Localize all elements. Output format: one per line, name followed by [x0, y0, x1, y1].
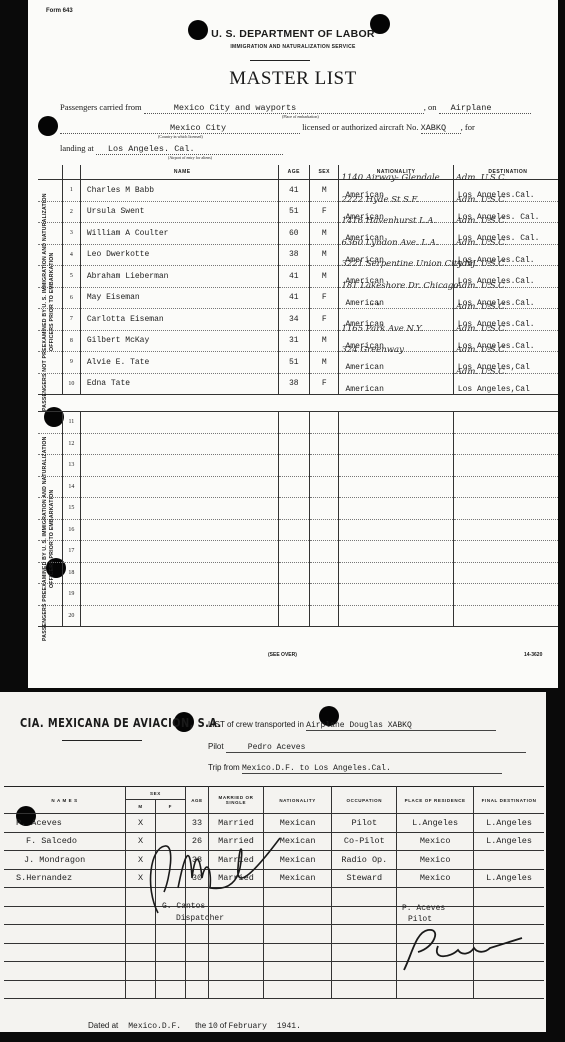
admission-note: Adm. U.S.C.: [456, 173, 507, 183]
col-name: NAME: [80, 165, 278, 180]
col-occupation: OCCUPATION: [332, 787, 397, 814]
dated-year: 1941.: [277, 1022, 301, 1031]
list-line: LIST of crew transported in Airplane Dou…: [208, 720, 496, 731]
admission-note: Adm. U.S.C.: [456, 367, 507, 377]
passenger-table: NAME AGE SEX NATIONALITY DESTINATION 1Ch…: [38, 165, 558, 627]
passenger-name: Ursula Swent: [80, 201, 278, 223]
table-row: [4, 980, 544, 999]
table-row: 15: [38, 498, 558, 520]
table-row: 16: [38, 519, 558, 541]
admission-note: Adm. U.S.C.: [456, 238, 507, 248]
col-age: AGE: [185, 787, 209, 814]
pilot-line: Pilot Pedro Aceves: [208, 742, 526, 753]
see-over-note: (SEE OVER): [268, 652, 297, 658]
pilot-field: Pedro Aceves: [226, 743, 526, 753]
section-label-not-preexamined: PASSENGERS NOT PREEXAMINED BY U. S. IMMI…: [42, 182, 62, 422]
dated-day: 10: [208, 1022, 218, 1031]
table-row: 12: [38, 433, 558, 455]
table-row: 13: [38, 455, 558, 477]
pilot-sign-name: P. Aceves: [402, 904, 445, 913]
crew-list-form: CIA. MEXICANA DE AVIACION, S.A. LIST of …: [0, 692, 546, 1032]
trip-label: Trip from: [208, 763, 240, 772]
dated-line: Dated at Mexico.D.F. the 10 of February …: [88, 1021, 301, 1031]
address-note: 6360 Lyndon Ave. L.A.: [341, 238, 438, 248]
passenger-name: Charles M Babb: [80, 180, 278, 202]
department-heading: U. S. DEPARTMENT OF LABOR: [28, 28, 558, 40]
col-names: N A M E S: [4, 787, 126, 814]
admission-note: Adm. U.S.C.: [456, 195, 507, 205]
company-name: CIA. MEXICANA DE AVIACION, S.A.: [20, 716, 222, 730]
passenger-name: Gilbert McKay: [80, 330, 278, 352]
for-label: , for: [461, 122, 475, 132]
country-line: Mexico City licensed or authorized aircr…: [60, 122, 475, 134]
address-note: 1416 Havenhurst L.A.: [341, 216, 436, 226]
aircraft-field: Airplane Douglas XABKQ: [306, 721, 496, 731]
table-row: 20: [38, 605, 558, 627]
passenger-name: William A Coulter: [80, 223, 278, 245]
pilot-sign-title: Pilot: [408, 915, 432, 924]
table-row: 17: [38, 541, 558, 563]
dispatcher-title: Dispatcher: [176, 914, 224, 923]
conveyance-field: Airplane: [439, 103, 531, 114]
landing-label: landing at: [60, 143, 94, 153]
pilot-signature: [398, 924, 528, 974]
table-row: 14: [38, 476, 558, 498]
col-age: AGE: [278, 165, 309, 180]
section-label-preexamined: PASSENGERS PREEXAMINED BY U. S. IMMIGRAT…: [42, 430, 62, 648]
passenger-name: Edna Tate: [80, 373, 278, 395]
carried-from-line: Passengers carried from Mexico City and …: [60, 102, 531, 114]
col-sex: SEX: [310, 165, 339, 180]
pilot-label: Pilot: [208, 742, 224, 751]
print-code: 14-3620: [524, 652, 542, 658]
master-list-form: Form 643 U. S. DEPARTMENT OF LABOR IMMIG…: [28, 0, 558, 688]
table-row: 18: [38, 562, 558, 584]
crew-name: S.Hernandez: [4, 869, 126, 888]
col-married: MARRIED OR SINGLE: [209, 787, 263, 814]
service-subheading: IMMIGRATION AND NATURALIZATION SERVICE: [28, 44, 558, 50]
crew-name: J. Mondragon: [4, 851, 126, 870]
trip-line: Trip from Mexico.D.F. to Los Angeles.Cal…: [208, 763, 502, 774]
passenger-name: Leo Dwerkotte: [80, 244, 278, 266]
passenger-name: Carlotta Eiseman: [80, 309, 278, 331]
carried-from-field: Mexico City and wayports: [144, 103, 424, 114]
form-number: Form 643: [46, 8, 73, 14]
admission-note: Adm. U.S.C.: [456, 302, 507, 312]
on-label: , on: [424, 102, 437, 112]
address-note: 1165 Park Ave N.Y.: [341, 324, 423, 334]
country-sublabel: (Country in which licensed): [158, 134, 203, 139]
trip-field: Mexico.D.F. to Los Angeles.Cal.: [242, 764, 502, 774]
divider: [62, 740, 142, 741]
passenger-name: May Eiseman: [80, 287, 278, 309]
passenger-name: Abraham Lieberman: [80, 266, 278, 288]
col-final-destination: FINAL DESTINATION: [474, 787, 544, 814]
page-title: MASTER LIST: [28, 68, 558, 90]
landing-sublabel: (Airport of entry for aliens): [168, 155, 212, 160]
carried-from-label: Passengers carried from: [60, 102, 142, 112]
dated-place: Mexico.D.F.: [128, 1022, 181, 1031]
punch-hole: [38, 116, 58, 136]
table-header: N A M E S SEX AGE MARRIED OR SINGLE NATI…: [4, 787, 544, 800]
divider: [250, 60, 310, 61]
section-divider: [38, 395, 558, 412]
address-note: " ": [369, 302, 380, 312]
address-note: 324 Greenway: [341, 345, 403, 355]
country-field: Mexico City: [60, 123, 300, 134]
dispatcher-name: G. Cantos: [162, 902, 205, 911]
address-note: 2222 Hyde St S.F.: [341, 195, 418, 205]
dated-month: February: [228, 1022, 266, 1031]
passenger-name: Alvie E. Tate: [80, 352, 278, 374]
carried-from-sublabel: (Place of embarkation): [282, 114, 319, 119]
col-residence: PLACE OF RESIDENCE: [397, 787, 474, 814]
col-sex-f: F: [155, 800, 185, 814]
table-row: 11: [38, 412, 558, 434]
crew-name: F. Salcedo: [4, 832, 126, 851]
col-sex-m: M: [126, 800, 156, 814]
admission-note: Adm. U.S.C.: [456, 324, 507, 334]
dated-label: Dated at: [88, 1021, 118, 1030]
admission-note: Adm. U.S.C.: [456, 216, 507, 226]
admission-note: Adm. U.S.C.: [456, 259, 507, 269]
crew-name: P. Aceves: [4, 814, 126, 833]
address-note: 1140 Airway- Glendale: [341, 173, 439, 183]
col-sex: SEX: [126, 787, 186, 800]
col-nationality: NATIONALITY: [263, 787, 332, 814]
admission-note: Adm. U.S.C.: [456, 345, 507, 355]
aircraft-number-field: XABKQ: [421, 123, 461, 134]
landing-line: landing at Los Angeles. Cal.: [60, 143, 283, 155]
list-label: LIST of crew transported in: [208, 720, 304, 729]
admission-note: Adm. U.S.C.: [456, 281, 507, 291]
table-row: 10Edna Tate38FAmericanAdm. U.S.C.Los Ang…: [38, 373, 558, 395]
landing-field: Los Angeles. Cal.: [96, 144, 283, 155]
table-row: 19: [38, 584, 558, 606]
aircraft-label: licensed or authorized aircraft No.: [302, 122, 418, 132]
address-note: 181 Lakeshore Dr. Chicago: [341, 281, 458, 291]
